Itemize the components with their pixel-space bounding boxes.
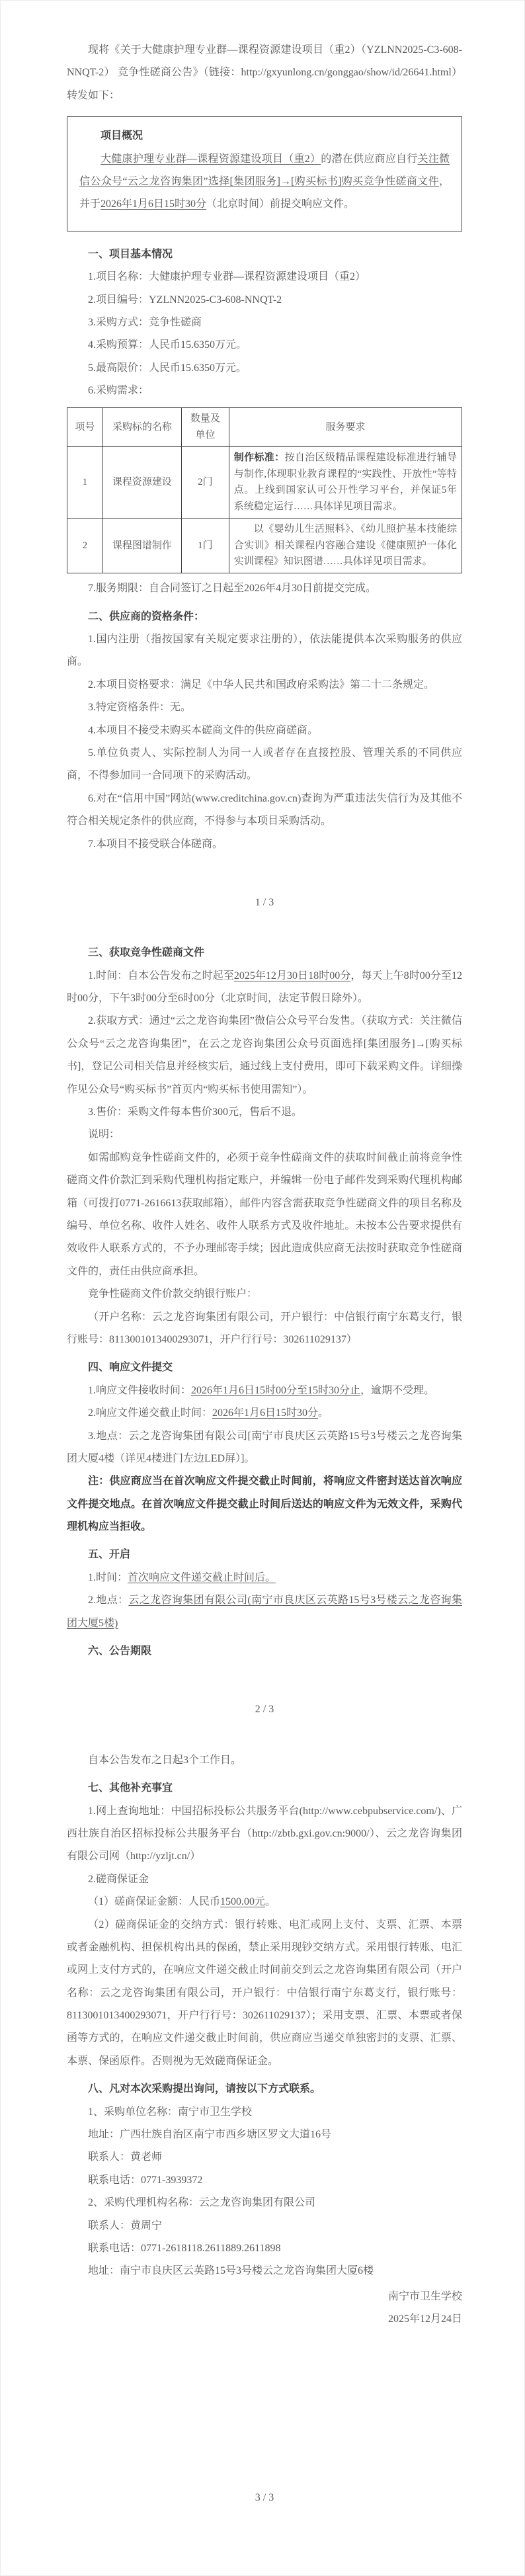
text-run: 2.本项目资格要求：满足《中华人民共和国政府采购法》第二十二条规定。: [88, 679, 434, 690]
text-run: 2025年12月24日: [388, 2313, 462, 2325]
section-heading: 四、响应文件提交: [67, 1356, 462, 1379]
text-run: 五、开启: [88, 1549, 130, 1560]
page-number: 3 / 3: [67, 2487, 462, 2509]
text-run: 2026年1月6日15时30分: [101, 198, 206, 210]
text-run: 1 / 3: [255, 897, 274, 908]
project-overview-box: 项目概况大健康护理专业群—课程资源建设项目（重2）的潜在供应商应自行关注微信公众…: [67, 116, 462, 231]
paragraph: 地址：广西壮族自治区南宁市西乡塘区罗文大道16号: [67, 2124, 462, 2146]
signature-line: 南宁市卫生学校: [67, 2286, 462, 2308]
text-run: （2）磋商保证金的交纳方式：银行转账、电汇或网上支付、支票、汇票、本票或者金融机…: [67, 1919, 462, 2067]
text-run: 1、采购单位名称：南宁市卫生学校: [88, 2106, 252, 2118]
text-run: 2.项目编号：YZLNN2025-C3-608-NNQT-2: [88, 294, 282, 306]
document-page: 现将《关于大健康护理专业群—课程资源建设项目（重2）（YZLNN2025-C3-…: [0, 0, 525, 2576]
text-run: 6.对在“信用中国”网站(www.creditchina.gov.cn)查询为严…: [67, 793, 462, 827]
paragraph: 3.特定资格条件：无。: [67, 696, 462, 719]
text-run: 如需邮购竞争性磋商文件的，必须于竞争性磋商文件的获取时间截止前将竞争性磋商文件价…: [67, 1152, 462, 1277]
paragraph: 6.采购需求：: [67, 380, 462, 402]
text-run: 联系人：黄周宁: [88, 2220, 162, 2231]
box-paragraph: 大健康护理专业群—课程资源建设项目（重2）的潜在供应商应自行关注微信公众号“云之…: [79, 148, 450, 216]
text-run: 制作标准：: [234, 452, 285, 463]
text-run: 七、其他补充事宜: [88, 1782, 173, 1794]
text-run: 八、凡对本次采购提出询问，请按以下方式联系。: [88, 2083, 321, 2095]
text-run: 5.最高限价：人民币15.6350万元。: [88, 362, 247, 374]
text-run: 2.响应文件递交截止时间：: [88, 1407, 212, 1419]
text-run: 6.采购需求：: [88, 385, 149, 396]
table-header: 项号: [67, 408, 103, 447]
paragraph: 联系人：黄老师: [67, 2146, 462, 2169]
page-number: 2 / 3: [67, 1698, 462, 1721]
page-number: 1 / 3: [67, 892, 462, 914]
paragraph: 竞争性磋商文件价款交纳银行账户：: [67, 1283, 462, 1306]
paragraph: 2.磋商保证金: [67, 1868, 462, 1891]
text-run: （北京时间）前提交响应文件。: [206, 198, 354, 210]
text-run: 注：供应商应当在首次响应文件提交截止时间前，将响应文件密封送达首次响应文件提交地…: [67, 1475, 462, 1532]
text-run: 2、采购代理机构名称：云之龙咨询集团有限公司: [88, 2197, 315, 2208]
text-run: 的潜在供应商应自行: [321, 153, 417, 165]
paragraph: 自本公告发布之日起3个工作日。: [67, 1749, 462, 1772]
paragraph: 1.项目名称：大健康护理专业群—课程资源建设项目（重2）: [67, 266, 462, 288]
box-title: 项目概况: [79, 125, 450, 147]
paragraph: 6.对在“信用中国”网站(www.creditchina.gov.cn)查询为严…: [67, 788, 462, 833]
text-run: 首次响应文件递交截止时间后。: [128, 1572, 276, 1583]
text-run: 2.磋商保证金: [88, 1874, 149, 1885]
text-run: 二、供应商的资格条件：: [88, 611, 204, 622]
text-run: 3.特定资格条件：无。: [88, 702, 191, 713]
text-run: （1）磋商保证金额：人民币: [88, 1896, 220, 1907]
text-run: ，逾期不受理。: [360, 1385, 434, 1396]
text-run: 4.本项目不接受未购买本磋商文件的供应商磋商。: [88, 725, 318, 736]
paragraph: （1）磋商保证金额：人民币1500.00元。: [67, 1891, 462, 1913]
text-run: 自本公告发布之日起3个工作日。: [88, 1755, 241, 1766]
text-run: 5.单位负责人、实际控制人为同一人或者存在直接控股、管理关系的不同供应商，不得参…: [67, 747, 462, 781]
section-heading: 七、其他补充事宜: [67, 1777, 462, 1800]
text-run: 1.项目名称：大健康护理专业群—课程资源建设项目（重2）: [88, 271, 366, 282]
procurement-table: 项号采购标的名称数量及单位服务要求1课程资源建设2门制作标准：按自治区级精品课程…: [67, 407, 462, 573]
table-cell: 1: [67, 446, 103, 518]
text-run: 1500.00元: [220, 1896, 265, 1907]
paragraph: （开户名称：云之龙咨询集团有限公司，开户银行：中信银行南宁东葛支行，银行账号：8…: [67, 1306, 462, 1352]
paragraph: （2）磋商保证金的交纳方式：银行转账、电汇或网上支付、支票、汇票、本票或者金融机…: [67, 1914, 462, 2073]
section-heading: 六、公告期限: [67, 1640, 462, 1663]
text-run: 四、响应文件提交: [88, 1362, 173, 1373]
paragraph: 3.采购方式：竞争性磋商: [67, 312, 462, 334]
paragraph: 1.时间：首次响应文件递交截止时间后。: [67, 1567, 462, 1589]
paragraph: 注：供应商应当在首次响应文件提交截止时间前，将响应文件密封送达首次响应文件提交地…: [67, 1470, 462, 1538]
table-row: 2课程图谱制作1门以《婴幼儿生活照料》、《幼儿照护基本技能综合实训》相关课程内容…: [67, 518, 462, 573]
paragraph: 5.最高限价：人民币15.6350万元。: [67, 357, 462, 380]
text-run: 2026年1月6日15时00分至15时30分止: [191, 1385, 360, 1396]
text-run: 2.获取方式：通过“云之龙咨询集团”微信公众号平台发售。（获取方式：关注微信公众…: [67, 1015, 462, 1095]
section-heading: 八、凡对本次采购提出询问，请按以下方式联系。: [67, 2078, 462, 2100]
text-run: 联系人：黄老师: [88, 2151, 162, 2163]
document-body: 现将《关于大健康护理专业群—课程资源建设项目（重2）（YZLNN2025-C3-…: [67, 39, 462, 2509]
paragraph: 说明：: [67, 1124, 462, 1146]
section-heading: 三、获取竞争性磋商文件: [67, 942, 462, 964]
text-run: 2.地点：: [88, 1595, 128, 1606]
table-cell: 2: [67, 518, 103, 573]
paragraph: 如需邮购竞争性磋商文件的，必须于竞争性磋商文件的获取时间截止前将竞争性磋商文件价…: [67, 1147, 462, 1283]
text-run: 7.服务期限：自合同签订之日起至2026年4月30日前提交完成。: [88, 583, 376, 594]
text-run: 1.响应文件接收时间：: [88, 1385, 191, 1396]
text-run: 联系电话：0771-3939372: [88, 2175, 202, 2186]
table-row: 1课程资源建设2门制作标准：按自治区级精品课程建设标准进行辅导与制作,体现职业教…: [67, 446, 462, 518]
text-run: 2 / 3: [255, 1704, 274, 1715]
paragraph: 1.国内注册（指按国家有关规定要求注册的），依法能提供本次采购服务的供应商。: [67, 628, 462, 674]
text-run: 7.本项目不接受联合体磋商。: [88, 839, 223, 850]
paragraph: 2.地点：云之龙咨询集团有限公司(南宁市良庆区云英路15号3号楼云之龙咨询集团大…: [67, 1589, 462, 1635]
table-cell: 2门: [182, 446, 229, 518]
paragraph: 3.地点：云之龙咨询集团有限公司[南宁市良庆区云英路15号3号楼云之龙咨询集团大…: [67, 1425, 462, 1471]
text-run: 三、获取竞争性磋商文件: [88, 947, 204, 958]
text-run: 。: [265, 1896, 276, 1907]
paragraph: 2.响应文件递交截止时间：2026年1月6日15时30分。: [67, 1402, 462, 1425]
text-run: 1.网上查询地址：中国招标投标公共服务平台(http://www.cebpubs…: [67, 1806, 462, 1862]
text-run: 3.售价：采购文件每本售价300元，售后不退。: [88, 1106, 302, 1118]
table-cell: 课程资源建设: [102, 446, 181, 518]
text-run: 六、公告期限: [88, 1645, 151, 1657]
text-run: 2026年1月6日15时30分: [212, 1407, 318, 1419]
paragraph: 1.时间：自本公告发布之时起至2025年12月30日18时00分，每天上午8时0…: [67, 965, 462, 1011]
table-header: 数量及单位: [182, 408, 229, 447]
text-run: （开户名称：云之龙咨询集团有限公司，开户银行：中信银行南宁东葛支行，银行账号：8…: [67, 1311, 462, 1345]
paragraph: 2.项目编号：YZLNN2025-C3-608-NNQT-2: [67, 289, 462, 312]
paragraph: 联系电话：0771-3939372: [67, 2169, 462, 2192]
text-run: 地址：南宁市良庆区云英路15号3号楼云之龙咨询集团大厦6楼: [88, 2265, 374, 2276]
text-run: 一、项目基本情况: [88, 249, 173, 260]
text-run: 大健康护理专业群—课程资源建设项目（重2）: [101, 153, 321, 165]
text-run: 现将《关于大健康护理专业群—课程资源建设项目（重2）（YZLNN2025-C3-…: [67, 44, 462, 101]
text-run: 竞争性磋商文件价款交纳银行账户：: [88, 1288, 257, 1300]
text-run: 地址：广西壮族自治区南宁市西乡塘区罗文大道16号: [88, 2129, 331, 2140]
text-run: 2025年12月30日18时00分: [234, 970, 351, 981]
paragraph: 7.服务期限：自合同签订之日起至2026年4月30日前提交完成。: [67, 577, 462, 600]
text-run: 1.国内注册（指按国家有关规定要求注册的），依法能提供本次采购服务的供应商。: [67, 634, 462, 667]
text-run: 说明：: [88, 1129, 120, 1140]
paragraph: 4.采购预算：人民币15.6350万元。: [67, 334, 462, 356]
paragraph: 联系人：黄周宁: [67, 2215, 462, 2237]
text-run: 3.采购方式：竞争性磋商: [88, 317, 202, 328]
paragraph: 2、采购代理机构名称：云之龙咨询集团有限公司: [67, 2192, 462, 2214]
table-cell: 制作标准：按自治区级精品课程建设标准进行辅导与制作,体现职业教育课程的“实践性、…: [229, 446, 462, 518]
paragraph: 7.本项目不接受联合体磋商。: [67, 833, 462, 856]
text-run: 4.采购预算：人民币15.6350万元。: [88, 339, 247, 351]
paragraph: 地址：南宁市良庆区云英路15号3号楼云之龙咨询集团大厦6楼: [67, 2260, 462, 2282]
table-cell: 以《婴幼儿生活照料》、《幼儿照护基本技能综合实训》相关课程内容融合建设《健康照护…: [229, 518, 462, 573]
text-run: 联系电话：0771-2618118.2611889.2611898: [88, 2243, 281, 2254]
paragraph: 2.获取方式：通过“云之龙咨询集团”微信公众号平台发售。（获取方式：关注微信公众…: [67, 1010, 462, 1101]
text-run: 1.时间：自本公告发布之时起至: [88, 970, 234, 981]
table-cell: 1门: [182, 518, 229, 573]
table-cell: 课程图谱制作: [102, 518, 181, 573]
section-heading: 五、开启: [67, 1544, 462, 1566]
text-run: 1.时间：: [88, 1572, 128, 1583]
text-run: 以《婴幼儿生活照料》、《幼儿照护基本技能综合实训》相关课程内容融合建设《健康照护…: [234, 524, 457, 567]
text-run: 3.地点：云之龙咨询集团有限公司[南宁市良庆区云英路15号3号楼云之龙咨询集团大…: [67, 1431, 462, 1464]
section-heading: 一、项目基本情况: [67, 243, 462, 266]
section-heading: 二、供应商的资格条件：: [67, 606, 462, 628]
text-run: 。: [318, 1407, 329, 1419]
paragraph: 1.响应文件接收时间：2026年1月6日15时00分至15时30分止，逾期不受理…: [67, 1380, 462, 1402]
paragraph: 1.网上查询地址：中国招标投标公共服务平台(http://www.cebpubs…: [67, 1800, 462, 1868]
paragraph: 4.本项目不接受未购买本磋商文件的供应商磋商。: [67, 720, 462, 742]
table-header-row: 项号采购标的名称数量及单位服务要求: [67, 408, 462, 447]
text-run: 南宁市卫生学校: [388, 2291, 462, 2302]
paragraph: 1、采购单位名称：南宁市卫生学校: [67, 2101, 462, 2124]
paragraph: 现将《关于大健康护理专业群—课程资源建设项目（重2）（YZLNN2025-C3-…: [67, 39, 462, 107]
table-header: 采购标的名称: [102, 408, 181, 447]
paragraph: 5.单位负责人、实际控制人为同一人或者存在直接控股、管理关系的不同供应商，不得参…: [67, 742, 462, 788]
paragraph: 2.本项目资格要求：满足《中华人民共和国政府采购法》第二十二条规定。: [67, 674, 462, 696]
table-header: 服务要求: [229, 408, 462, 447]
signature-line: 2025年12月24日: [67, 2308, 462, 2331]
paragraph: 3.售价：采购文件每本售价300元，售后不退。: [67, 1101, 462, 1124]
text-run: 3 / 3: [255, 2492, 274, 2503]
paragraph: 联系电话：0771-2618118.2611889.2611898: [67, 2237, 462, 2260]
